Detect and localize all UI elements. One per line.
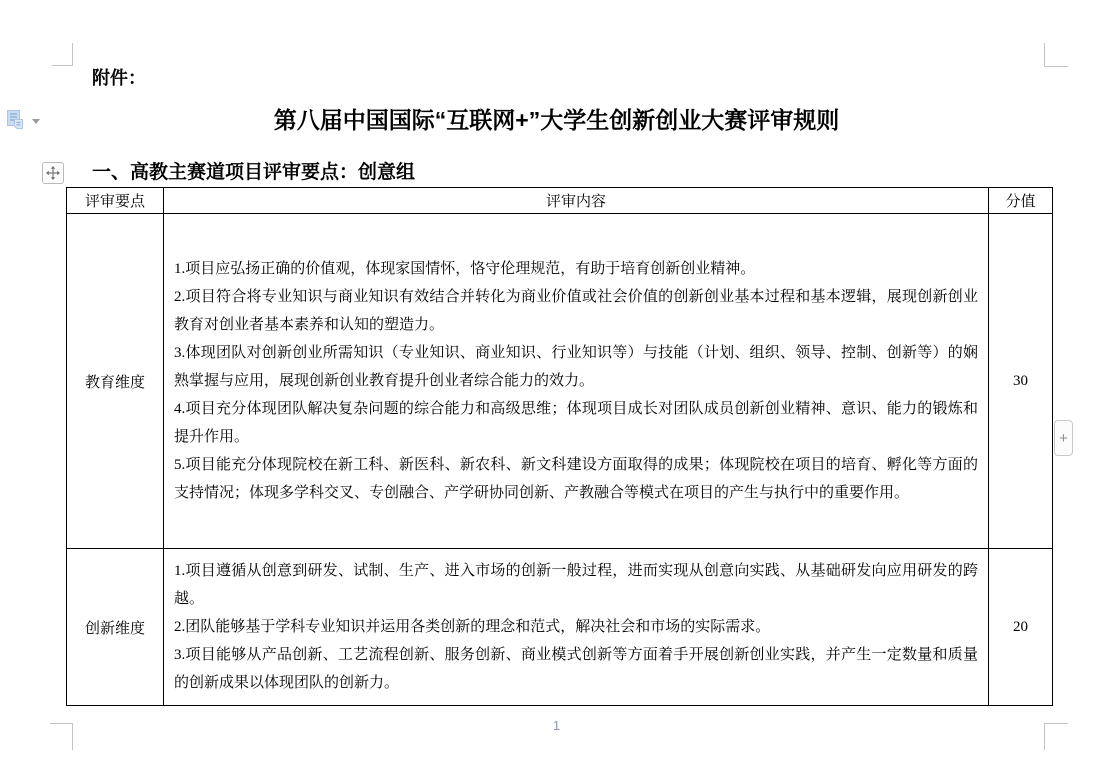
dimension-cell-education[interactable]: 教育维度: [67, 214, 164, 549]
criteria-item[interactable]: 1.项目应弘扬正确的价值观，体现家国情怀，恪守伦理规范，有助于培育创新创业精神。: [174, 255, 978, 283]
add-annotation-button[interactable]: +: [1054, 420, 1073, 456]
rubric-table: 评审要点 评审内容 分值 教育维度 1.项目应弘扬正确的价值观，体现家国情怀，恪…: [66, 187, 1053, 706]
col-header-review-content[interactable]: 评审内容: [164, 188, 989, 214]
criteria-item[interactable]: 3.体现团队对创新创业所需知识（专业知识、商业知识、行业知识等）与技能（计划、组…: [174, 339, 978, 395]
criteria-item[interactable]: 1.项目遵循从创意到研发、试制、生产、进入市场的创新一般过程，进而实现从创意向实…: [174, 557, 978, 613]
score-cell-education[interactable]: 30: [989, 214, 1053, 549]
table-row-innovation: 创新维度 1.项目遵循从创意到研发、试制、生产、进入市场的创新一般过程，进而实现…: [67, 549, 1053, 706]
crop-mark-top-left: [52, 43, 73, 66]
table-header-row: 评审要点 评审内容 分值: [67, 188, 1053, 214]
document-title[interactable]: 第八届中国国际“互联网+”大学生创新创业大赛评审规则: [0, 102, 1113, 135]
dimension-cell-innovation[interactable]: 创新维度: [67, 549, 164, 706]
score-cell-innovation[interactable]: 20: [989, 549, 1053, 706]
col-header-score[interactable]: 分值: [989, 188, 1053, 214]
crop-mark-top-right: [1044, 43, 1068, 67]
criteria-item[interactable]: 3.项目能够从产品创新、工艺流程创新、服务创新、商业模式创新等方面着手开展创新创…: [174, 641, 978, 697]
table-move-handle[interactable]: [42, 162, 64, 184]
criteria-item[interactable]: 2.项目符合将专业知识与商业知识有效结合并转化为商业价值或社会价值的创新创业基本…: [174, 283, 978, 339]
table-row-education: 教育维度 1.项目应弘扬正确的价值观，体现家国情怀，恪守伦理规范，有助于培育创新…: [67, 214, 1053, 549]
attachment-label[interactable]: 附件：: [92, 64, 146, 90]
criteria-item[interactable]: 4.项目充分体现团队解决复杂问题的综合能力和高级思维；体现项目成长对团队成员创新…: [174, 395, 978, 451]
col-header-review-point[interactable]: 评审要点: [67, 188, 164, 214]
criteria-item[interactable]: 5.项目能充分体现院校在新工科、新医科、新农科、新文科建设方面取得的成果；体现院…: [174, 451, 978, 507]
section-heading[interactable]: 一、高教主赛道项目评审要点：创意组: [92, 157, 415, 184]
document-page: 附件： 第八届中国国际“互联网+”大学生创新创业大赛评审规则 一、高教主赛道项目…: [0, 0, 1113, 769]
content-cell-education[interactable]: 1.项目应弘扬正确的价值观，体现家国情怀，恪守伦理规范，有助于培育创新创业精神。…: [164, 214, 989, 549]
page-number: 1: [0, 718, 1113, 733]
move-icon: [46, 166, 60, 180]
criteria-item[interactable]: 2.团队能够基于学科专业知识并运用各类创新的理念和范式，解决社会和市场的实际需求…: [174, 613, 978, 641]
content-cell-innovation[interactable]: 1.项目遵循从创意到研发、试制、生产、进入市场的创新一般过程，进而实现从创意向实…: [164, 549, 989, 706]
